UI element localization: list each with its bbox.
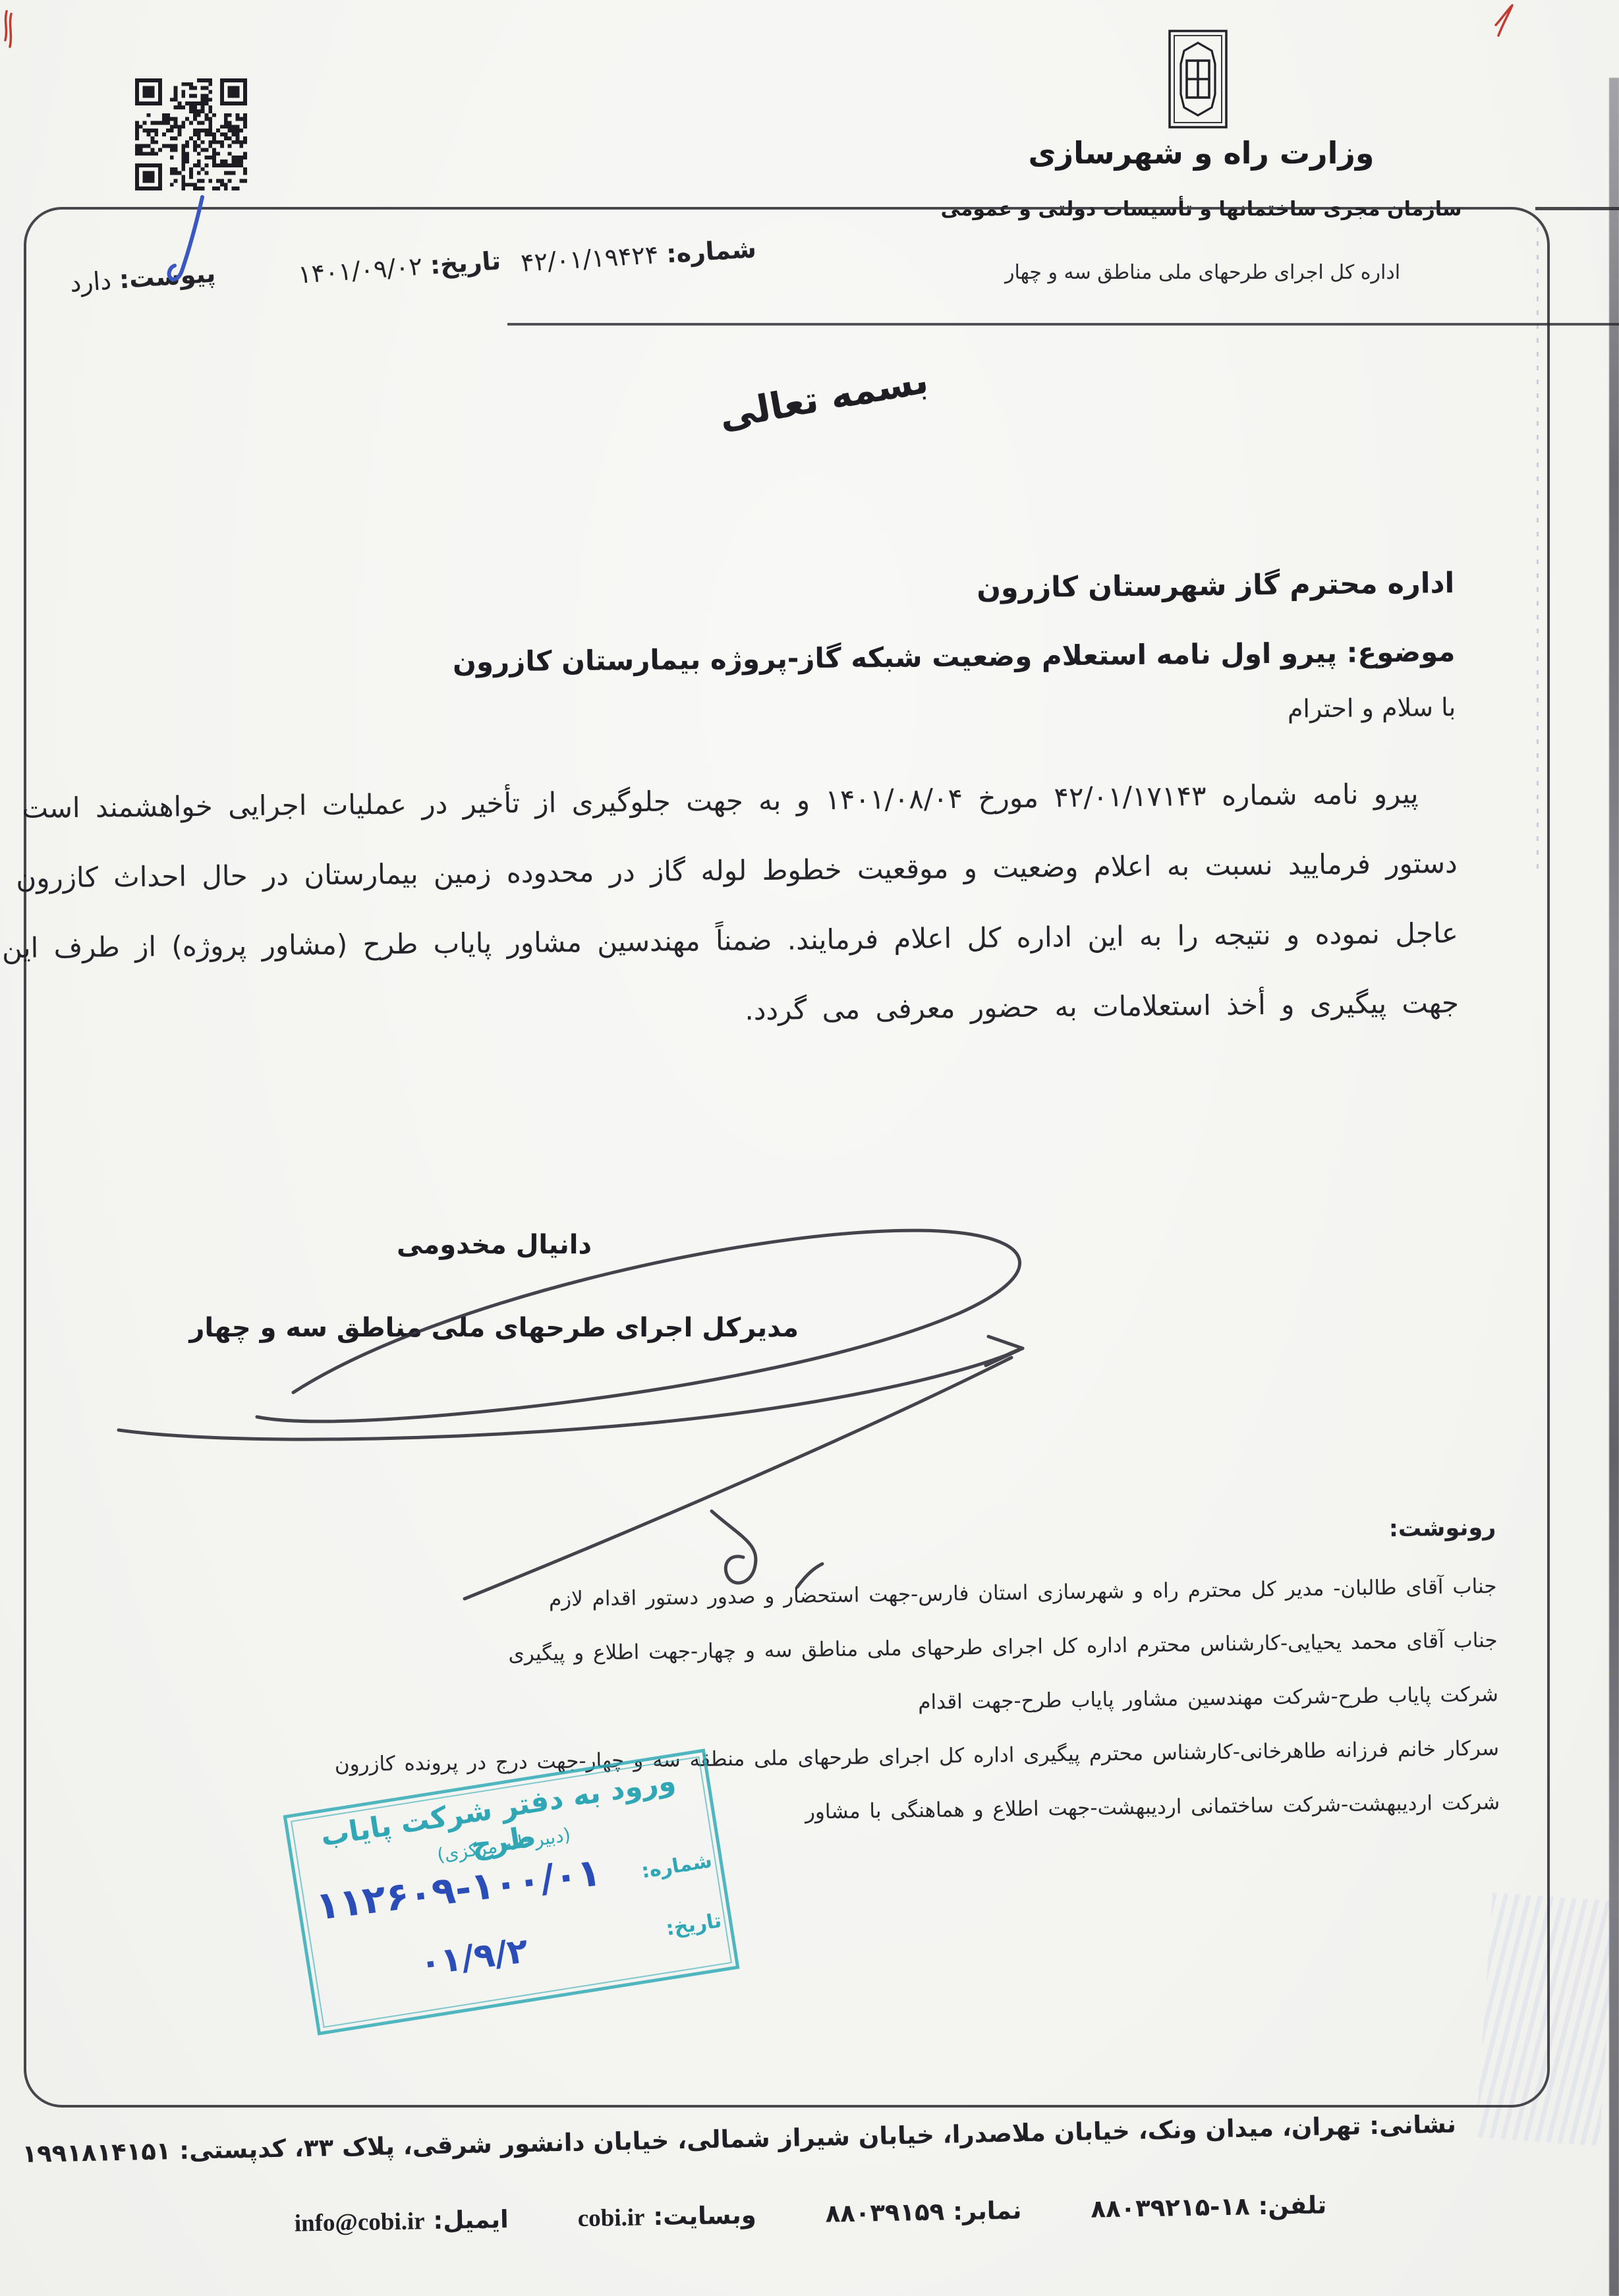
footer-fax-value: ۸۸۰۳۹۱۵۹ [825,2197,944,2227]
meta-row-divider-rule [507,323,1619,326]
footer-website-value: cobi.ir [577,2204,644,2232]
footer-fax: نمابر: ۸۸۰۳۹۱۵۹ [825,2196,1022,2228]
ministry-name: وزارت راه و شهرسازی [977,135,1425,171]
ministry-emblem-icon [1168,30,1228,129]
footer-email-label: ایمیل: [433,2205,509,2235]
qr-code [135,78,247,191]
footer-website: وبسایت: cobi.ir [577,2200,756,2233]
pen-checkmark-icon [160,193,213,292]
letter-number-label: شماره: [666,234,757,268]
footer-address: نشانی: تهران، میدان ونک، خیابان ملاصدرا،… [165,2109,1456,2165]
subject-text: پیرو اول نامه استعلام وضعیت شبکه گاز-پرو… [453,637,1337,678]
footer-phone-label: تلفن: [1258,2191,1326,2220]
footer-contact-line: تلفن: ۱۸-۸۸۰۳۹۲۱۵ نمابر: ۸۸۰۳۹۱۵۹ وبسایت… [165,2189,1456,2240]
red-pen-mark-left [0,9,21,51]
footer-email: ایمیل: info@cobi.ir [294,2205,509,2238]
subject-line: موضوع: پیرو اول نامه استعلام وضعیت شبکه … [76,635,1455,682]
footer-phone-value: ۱۸-۸۸۰۳۹۲۱۵ [1091,2192,1250,2223]
footer-email-value: info@cobi.ir [294,2208,425,2237]
footer-fax-label: نمابر: [953,2196,1022,2225]
footer-website-label: وبسایت: [653,2200,756,2231]
header-rule-extension [1535,207,1619,210]
scanned-letter-page: وزارت راه و شهرسازی سازمان مجری ساختمانه… [0,0,1619,2296]
attachment-value: دارد [69,266,113,297]
salutation-line: با سلام و احترام [77,693,1456,736]
letter-date-label: تاریخ: [429,246,501,279]
subject-label: موضوع: [1346,635,1455,669]
red-pen-mark-right [1494,1,1516,43]
body-line-4: جهت پیگیری و أخذ استعلامات به حضور معرفی… [80,968,1459,1052]
footer-phone: تلفن: ۱۸-۸۸۰۳۹۲۱۵ [1091,2191,1327,2224]
letter-content: اداره محترم گاز شهرستان کازرون موضوع: پی… [76,567,1459,1052]
